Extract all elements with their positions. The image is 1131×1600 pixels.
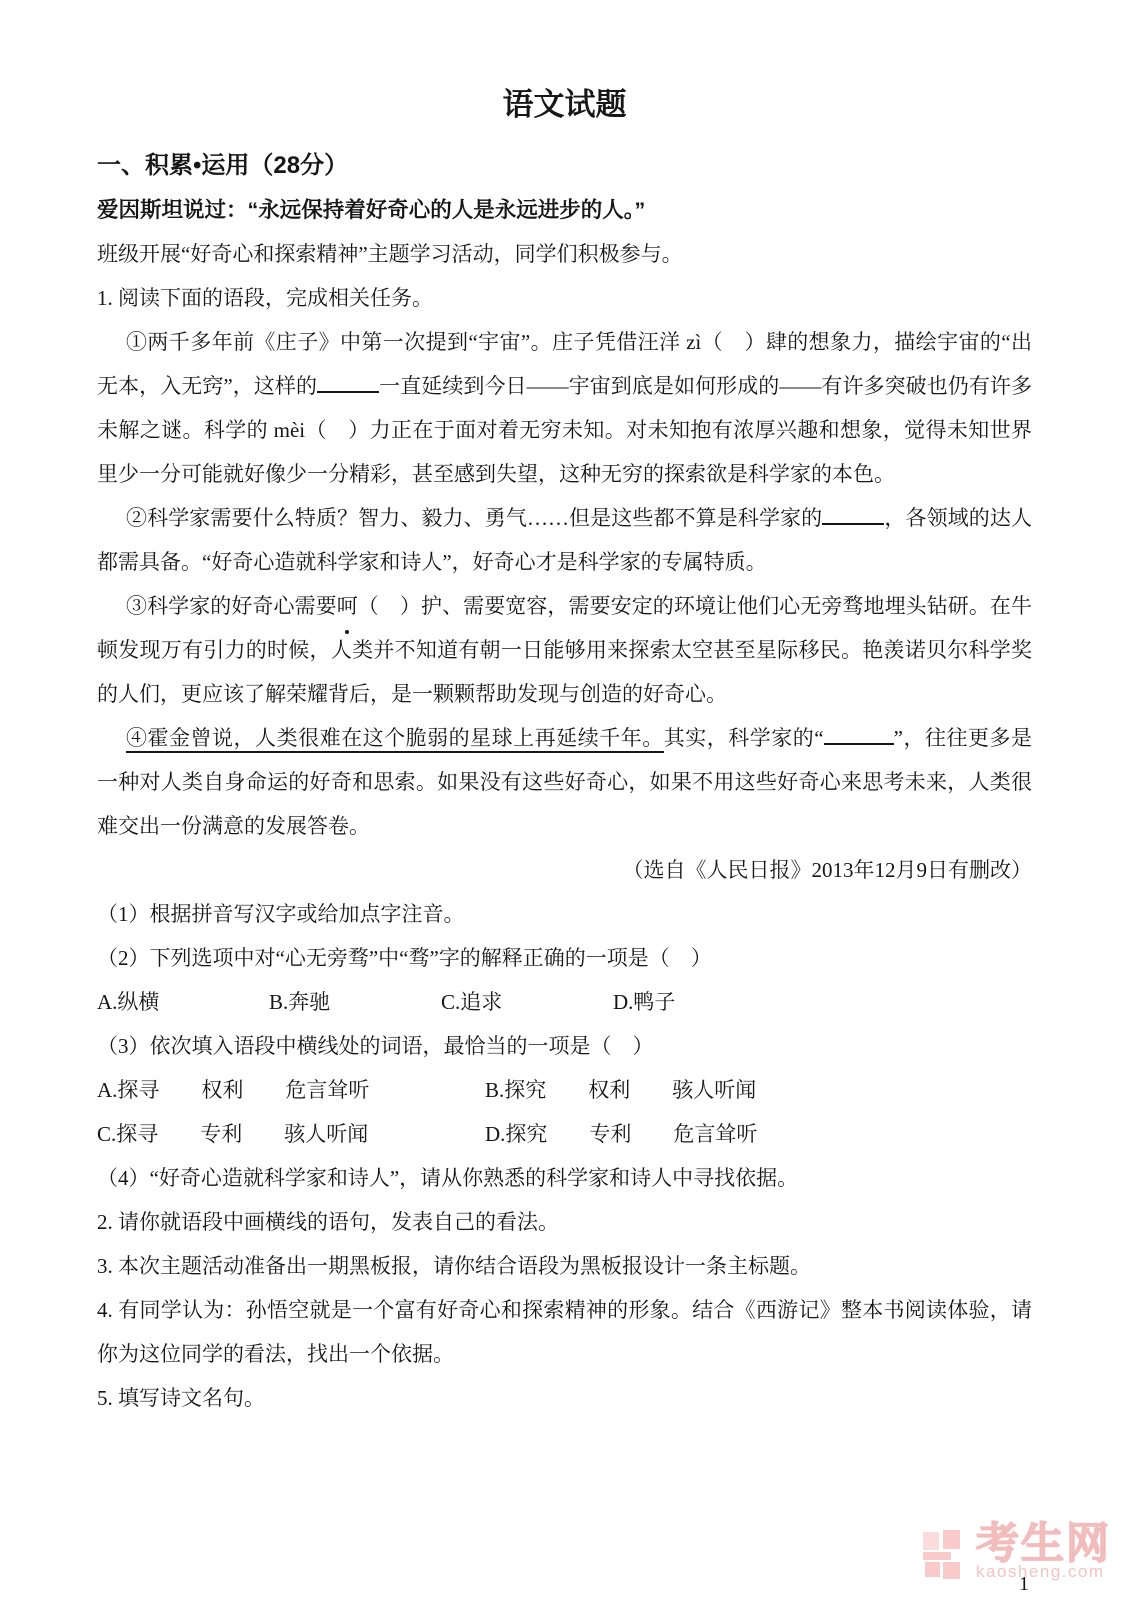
page-title: 语文试题	[97, 82, 1032, 128]
passage-paragraph-4: ④霍金曾说，人类很难在这个脆弱的星球上再延续千年。其实，科学家的“”，往往更多是…	[97, 716, 1032, 848]
passage-paragraph-3: ③科学家的好奇心需要呵（ ）护、需要宽容，需要安定的环境让他们心无旁骛地埋头钻研…	[97, 584, 1032, 716]
exam-paper-page: 语文试题 一、积累•运用（28分） 爱因斯坦说过：“永远保持着好奇心的人是永远进…	[0, 0, 1131, 1600]
option-d: D.探究 专利 危言耸听	[485, 1112, 757, 1156]
question-1-sub2-options: A.纵横 B.奔驰 C.追求 D.鸭子	[97, 980, 1032, 1024]
einstein-quote-line: 爱因斯坦说过：“永远保持着好奇心的人是永远进步的人。”	[97, 188, 1032, 232]
passage-source-attribution: （选自《人民日报》2013年12月9日有删改）	[97, 848, 1032, 892]
logo-block	[943, 1530, 960, 1549]
kaosheng-logo-icon	[923, 1530, 967, 1578]
watermark-domain: kaosheng.com	[976, 1562, 1111, 1582]
question-1-sub3-options-row1: A.探寻 权利 危言耸听 B.探究 权利 骇人听闻	[97, 1068, 1032, 1112]
logo-block	[923, 1532, 939, 1550]
fill-in-blank	[824, 741, 894, 745]
logo-block	[943, 1562, 960, 1579]
option-d: D.鸭子	[613, 980, 785, 1024]
option-b: B.探究 权利 骇人听闻	[485, 1068, 756, 1112]
question-4-stem: 4. 有同学认为：孙悟空就是一个富有好奇心和探索精神的形象。结合《西游记》整本书…	[97, 1288, 1032, 1376]
fill-in-blank	[317, 389, 379, 393]
page-number: 1	[1019, 1573, 1029, 1596]
intro-line: 班级开展“好奇心和探索精神”主题学习活动，同学们积极参与。	[97, 232, 1032, 276]
section-heading: 一、积累•运用（28分）	[97, 144, 1032, 188]
question-1-stem: 1. 阅读下面的语段，完成相关任务。	[97, 276, 1032, 320]
logo-block	[925, 1562, 940, 1577]
logo-block	[923, 1552, 951, 1560]
question-1-sub4: （4）“好奇心造就科学家和诗人”，请从你熟悉的科学家和诗人中寻找依据。	[97, 1156, 1032, 1200]
underlined-sentence: ④霍金曾说，人类很难在这个脆弱的星球上再延续千年。	[126, 726, 664, 753]
question-1-sub2-stem: （2）下列选项中对“心无旁骛”中“骛”字的解释正确的一项是（ ）	[97, 936, 1032, 980]
option-b: B.奔驰	[269, 980, 441, 1024]
option-a: A.纵横	[97, 980, 269, 1024]
fill-in-blank	[822, 521, 884, 525]
question-1-sub3-stem: （3）依次填入语段中横线处的词语，最恰当的一项是（ ）	[97, 1024, 1032, 1068]
watermark-text: 考生网 kaosheng.com	[976, 1522, 1111, 1582]
paragraph-text: 其实，科学家的“	[664, 726, 824, 750]
option-c: C.追求	[441, 980, 613, 1024]
question-1-sub3-options-row2: C.探寻 专利 骇人听闻 D.探究 专利 危言耸听	[97, 1112, 1032, 1156]
passage-paragraph-2: ②科学家需要什么特质？智力、毅力、勇气……但是这些都不算是科学家的，各领域的达人…	[97, 496, 1032, 584]
question-1-sub1: （1）根据拼音写汉字或给加点字注音。	[97, 892, 1032, 936]
paragraph-text: ③科学家的好奇心需要	[126, 594, 337, 618]
watermark-brand: 考生网	[976, 1522, 1111, 1566]
question-5-stem: 5. 填写诗文名句。	[97, 1376, 1032, 1420]
option-a: A.探寻 权利 危言耸听	[97, 1068, 485, 1112]
option-c: C.探寻 专利 骇人听闻	[97, 1112, 485, 1156]
question-2-stem: 2. 请你就语段中画横线的语句，发表自己的看法。	[97, 1200, 1032, 1244]
paragraph-text: ②科学家需要什么特质？智力、毅力、勇气……但是这些都不算是科学家的	[126, 506, 822, 530]
page-content: 语文试题 一、积累•运用（28分） 爱因斯坦说过：“永远保持着好奇心的人是永远进…	[0, 0, 1131, 1420]
dotted-character: 呵	[337, 584, 358, 628]
question-3-stem: 3. 本次主题活动准备出一期黑板报，请你结合语段为黑板报设计一条主标题。	[97, 1244, 1032, 1288]
kaosheng-watermark: 考生网 kaosheng.com	[923, 1522, 1111, 1582]
passage-paragraph-1: ①两千多年前《庄子》中第一次提到“宇宙”。庄子凭借汪洋 zì（ ）肆的想象力，描…	[97, 320, 1032, 496]
